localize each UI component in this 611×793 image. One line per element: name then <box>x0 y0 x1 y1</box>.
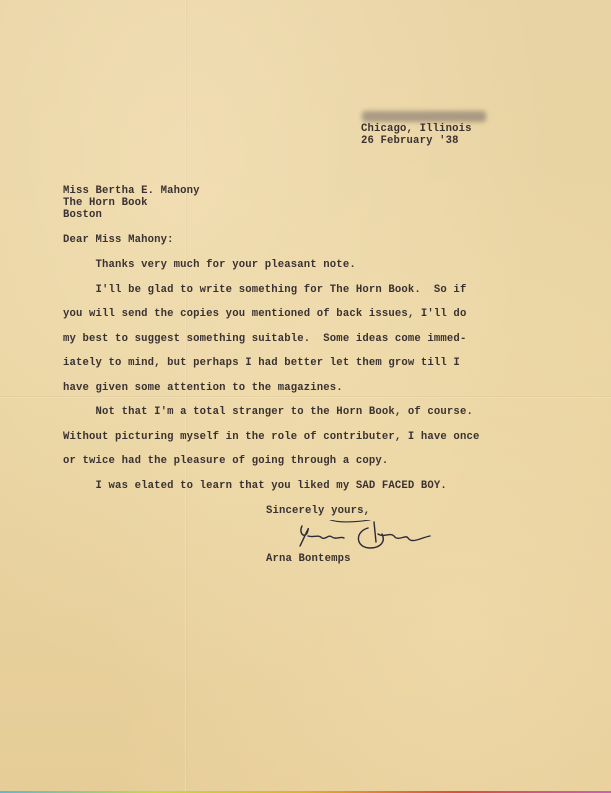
recipient-city: Boston <box>63 209 102 221</box>
letter-page: Chicago, Illinois 26 February '38 Miss B… <box>0 0 611 793</box>
salutation: Dear Miss Mahony: <box>63 234 174 246</box>
signature-icon <box>296 520 436 556</box>
recipient-name: Miss Bertha E. Mahony <box>63 185 200 197</box>
horizontal-fold-crease <box>0 396 611 398</box>
body-line: Not that I'm a total stranger to the Hor… <box>63 406 473 418</box>
signer-name: Arna Bontemps <box>266 553 351 565</box>
body-line: iately to mind, but perhaps I had better… <box>63 357 460 369</box>
body-line: Thanks very much for your pleasant note. <box>63 259 356 271</box>
body-line: Without picturing myself in the role of … <box>63 431 479 443</box>
recipient-organization: The Horn Book <box>63 197 148 209</box>
body-line: or twice had the pleasure of going throu… <box>63 455 388 467</box>
letter-date: 26 February '38 <box>361 135 459 147</box>
closing: Sincerely yours, <box>266 505 370 517</box>
body-line: I'll be glad to write something for The … <box>63 284 466 296</box>
body-line: my best to suggest something suitable. S… <box>63 333 466 345</box>
body-line: have given some attention to the magazin… <box>63 382 343 394</box>
redacted-letterhead <box>362 111 486 122</box>
body-line: you will send the copies you mentioned o… <box>63 308 466 320</box>
return-city: Chicago, Illinois <box>361 123 472 135</box>
body-line: I was elated to learn that you liked my … <box>63 480 447 492</box>
